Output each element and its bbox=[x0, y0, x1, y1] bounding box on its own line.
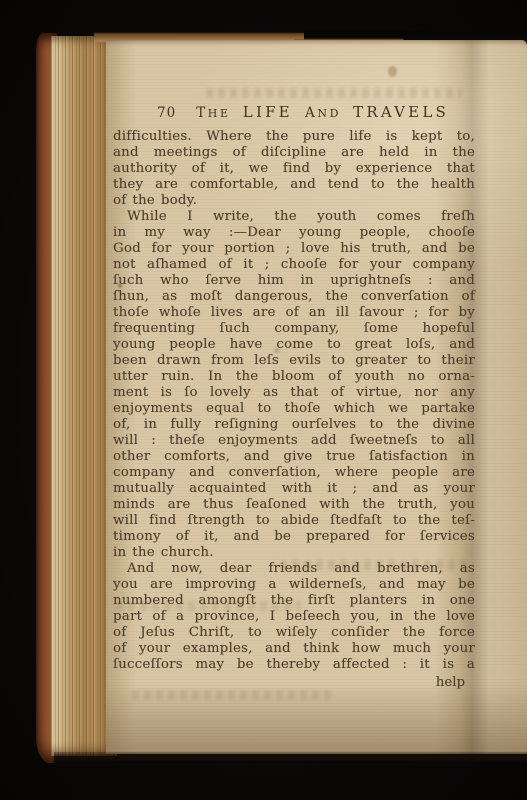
foxing-spot bbox=[388, 66, 397, 77]
running-title-word: LIFE bbox=[243, 103, 293, 121]
book-page: 70 THELIFEANDTRAVELS difficulties. Where… bbox=[106, 40, 527, 754]
photo-background: 70 THELIFEANDTRAVELS difficulties. Where… bbox=[0, 0, 527, 800]
text-line: they are comfortable, and tend to the he… bbox=[113, 177, 475, 193]
text-line: ment is ſo lovely as that of virtue, nor… bbox=[113, 385, 475, 401]
text-line: God for your portion ; love his truth, a… bbox=[113, 241, 475, 257]
text-line: of your examples, and think how much you… bbox=[113, 641, 475, 657]
running-title-word: THE bbox=[196, 105, 230, 121]
text-line: will : theſe enjoyments add ſweetneſs to… bbox=[113, 433, 475, 449]
text-line: timony of it, and be prepared for ſervic… bbox=[113, 529, 475, 545]
text-line: mutually acquainted with it ; and as you… bbox=[113, 481, 475, 497]
text-line: ſhun, as moſt dangerous, the converſatio… bbox=[113, 289, 475, 305]
running-title: THELIFEANDTRAVELS bbox=[196, 103, 449, 121]
book: 70 THELIFEANDTRAVELS difficulties. Where… bbox=[36, 33, 527, 763]
text-line: you are improving a wilderneſs, and may … bbox=[113, 577, 475, 593]
text-line: minds are thus ſeaſoned with the truth, … bbox=[113, 497, 475, 513]
text-line: difficulties. Where the pure life is kep… bbox=[113, 129, 475, 145]
text-line: not aſhamed of it ; chooſe for your comp… bbox=[113, 257, 475, 273]
text-line: And now, dear friends and brethren, as bbox=[113, 561, 475, 577]
text-line: utter ruin. In the bloom of youth no orn… bbox=[113, 369, 475, 385]
text-line: of Jeſus Chriſt, to wiſely conſider the … bbox=[113, 625, 475, 641]
page-text: 70 THELIFEANDTRAVELS difficulties. Where… bbox=[113, 103, 475, 691]
text-line: of the body. bbox=[113, 193, 475, 209]
page-number: 70 bbox=[157, 105, 176, 121]
text-line: been drawn from leſs evils to greater to… bbox=[113, 353, 475, 369]
show-through bbox=[206, 88, 461, 98]
catchword-row: help bbox=[113, 675, 475, 691]
text-line: of, in fully reſigning ourſelves to the … bbox=[113, 417, 475, 433]
bottom-cover-shadow bbox=[54, 752, 527, 763]
text-line: ſuch who ſerve him in uprightneſs : and bbox=[113, 273, 475, 289]
running-header: 70 THELIFEANDTRAVELS bbox=[113, 103, 475, 122]
text-line: numbered amongſt the firſt planters in o… bbox=[113, 593, 475, 609]
text-line: will find ſtrength to abide ſtedfaſt to … bbox=[113, 513, 475, 529]
body-text: difficulties. Where the pure life is kep… bbox=[113, 129, 475, 673]
text-line: enjoyments equal to thoſe which we parta… bbox=[113, 401, 475, 417]
text-line: and meetings of diſcipline are held in t… bbox=[113, 145, 475, 161]
text-line: other comforts, and give true ſatisfacti… bbox=[113, 449, 475, 465]
text-line: in the church. bbox=[113, 545, 475, 561]
text-line: part of a province, I beſeech you, in th… bbox=[113, 609, 475, 625]
text-line: company and converſation, where people a… bbox=[113, 465, 475, 481]
text-line: in my way :—Dear young people, chooſe bbox=[113, 225, 475, 241]
text-line: authority of it, we find by experience t… bbox=[113, 161, 475, 177]
text-line: frequenting ſuch company, ſome hopeful bbox=[113, 321, 475, 337]
text-line: While I write, the youth comes freſh bbox=[113, 209, 475, 225]
show-through bbox=[132, 690, 332, 700]
running-title-word: AND bbox=[305, 105, 341, 121]
text-line: thoſe whoſe lives are of an ill ſavour ;… bbox=[113, 305, 475, 321]
running-title-word: TRAVELS bbox=[353, 103, 449, 121]
catchword: help bbox=[436, 675, 465, 690]
text-line: ſucceſſors may be thereby affected : it … bbox=[113, 657, 475, 673]
text-line: young people have come to great loſs, an… bbox=[113, 337, 475, 353]
